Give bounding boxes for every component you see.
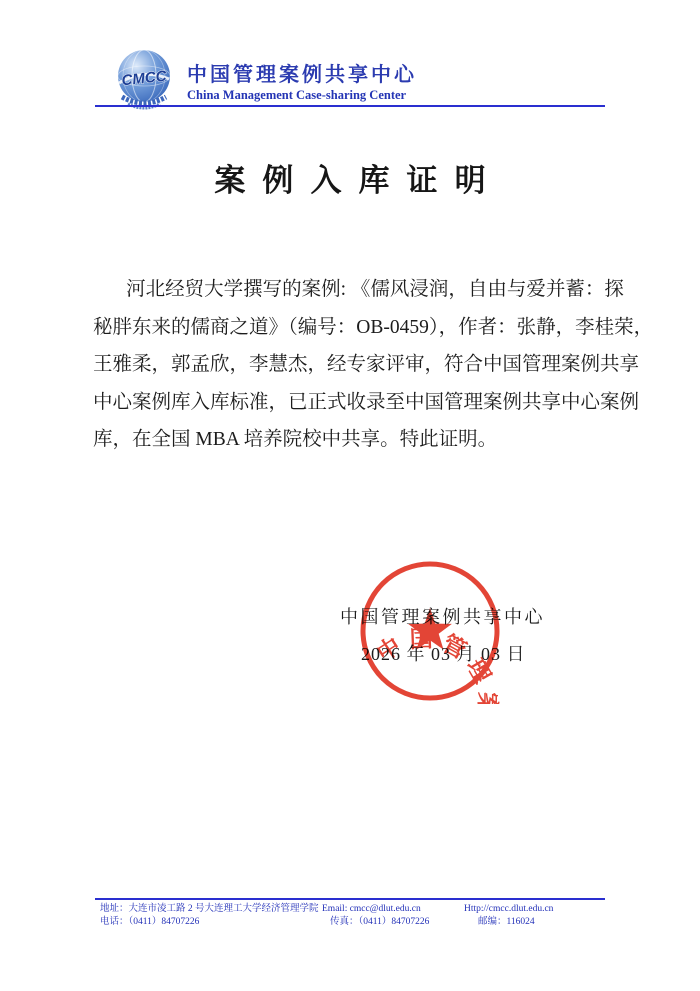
body-line: 中心案例库入库标准，已正式收录至中国管理案例共享中心案例 bbox=[93, 384, 607, 422]
org-name-cn: 中国管理案例共享中心 bbox=[187, 58, 417, 87]
body-line: 秘胖东来的儒商之道》（编号：OB-0459），作者：张静，李桂荣， bbox=[93, 309, 607, 347]
footer-email: Email: cmcc@dlut.edu.cn bbox=[322, 903, 429, 916]
footer-divider bbox=[95, 898, 605, 900]
footer-fax: 传真：（0411）84707226 bbox=[322, 916, 429, 929]
footer-postcode: 邮编：116024 bbox=[464, 916, 553, 929]
footer-address-column: 地址：大连市凌工路 2 号大连理工大学经济管理学院 电话：（0411）84707… bbox=[100, 903, 319, 929]
official-seal-icon: 中国管理案例共享中心 bbox=[357, 558, 503, 704]
footer-phone: 电话：（0411）84707226 bbox=[100, 916, 319, 929]
footer-contact-column: Email: cmcc@dlut.edu.cn 传真：（0411）8470722… bbox=[322, 903, 429, 929]
org-name-en: China Management Case-sharing Center bbox=[187, 88, 406, 103]
page-title: 案例入库证明 bbox=[0, 155, 700, 200]
certificate-body: 河北经贸大学撰写的案例: 《儒风浸润，自由与爱并蓄：探 秘胖东来的儒商之道》（编… bbox=[93, 271, 607, 459]
footer-address: 地址：大连市凌工路 2 号大连理工大学经济管理学院 bbox=[100, 903, 319, 916]
body-line: 河北经贸大学撰写的案例: 《儒风浸润，自由与爱并蓄：探 bbox=[93, 271, 607, 309]
header-divider bbox=[95, 105, 605, 107]
footer-web-column: Http://cmcc.dlut.edu.cn 邮编：116024 bbox=[464, 903, 553, 929]
footer-website: Http://cmcc.dlut.edu.cn bbox=[464, 903, 553, 916]
body-line: 库，在全国 MBA 培养院校中共享。特此证明。 bbox=[93, 421, 607, 459]
certificate-page: CMCC 中国管理案例共享中心 China Management Case-sh… bbox=[0, 0, 700, 991]
body-line: 王雅柔，郭孟欣，李慧杰，经专家评审，符合中国管理案例共享 bbox=[93, 346, 607, 384]
